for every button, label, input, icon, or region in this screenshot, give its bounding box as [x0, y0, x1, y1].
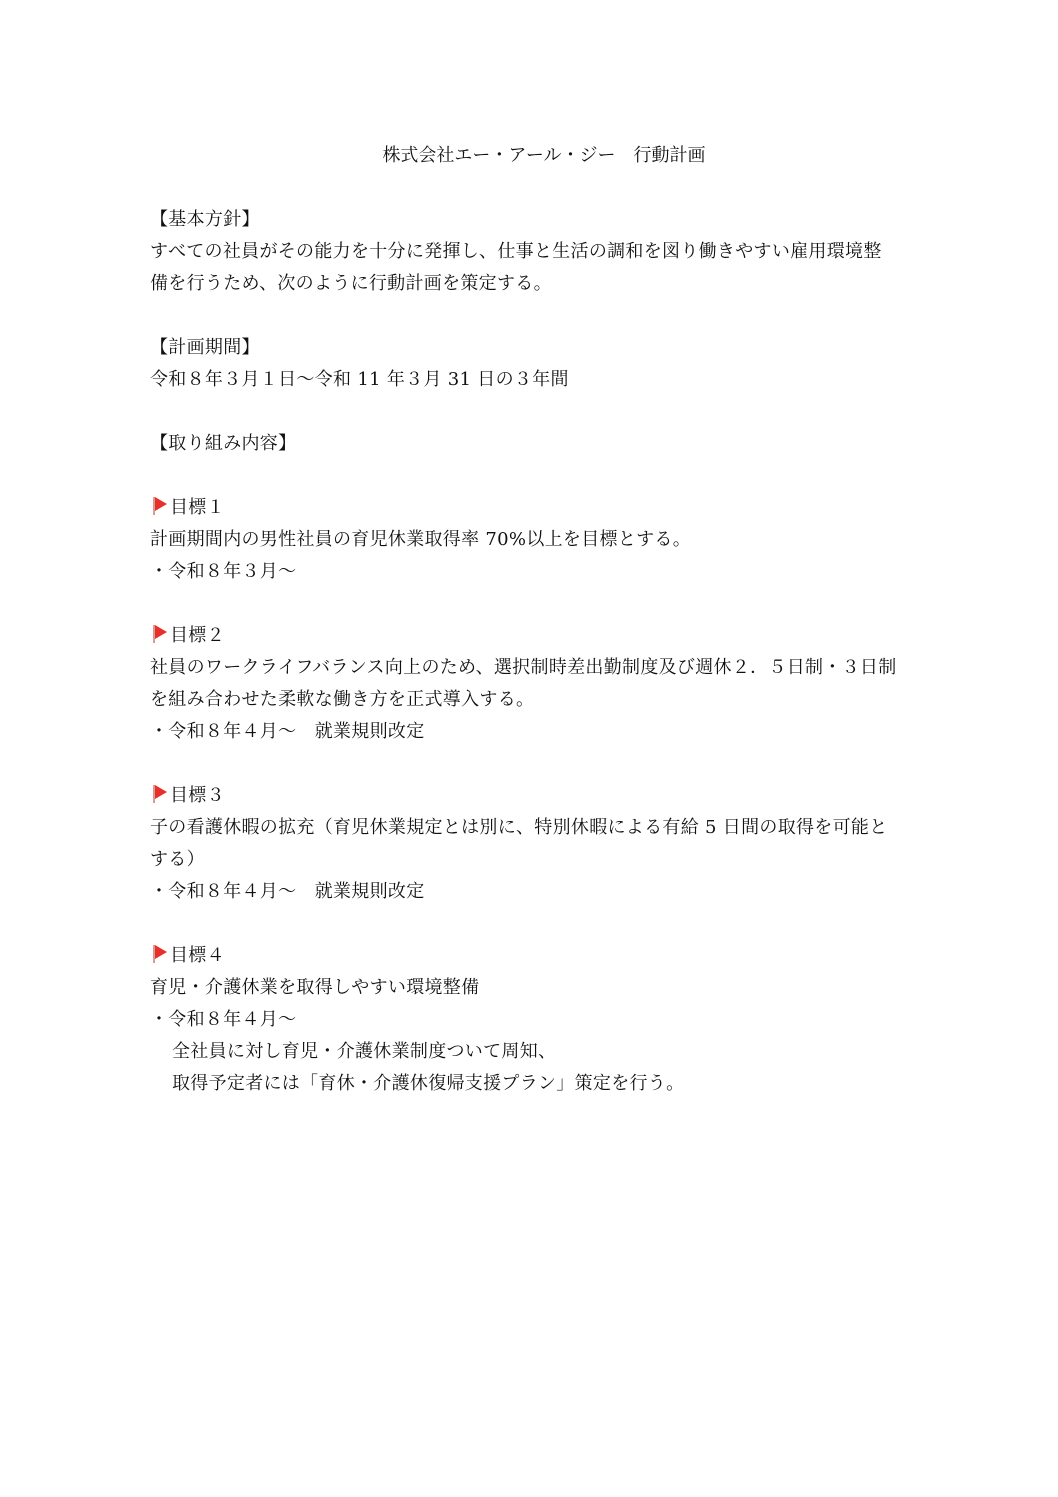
goal-4-line-4: 取得予定者には「育休・介護休復帰支援プラン」策定を行う。: [150, 1072, 684, 1096]
goal-3-line-1: 子の看護休暇の拡充（育児休業規定とは別に、特別休暇による有給 5 日間の取得を可…: [150, 816, 888, 840]
goal-2-line-2: を組み合わせた柔軟な働き方を正式導入する。: [150, 688, 534, 712]
red-flag-icon: [150, 944, 168, 964]
goal-1-header: 目標１: [150, 496, 225, 520]
basic-policy-line-1: すべての社員がその能力を十分に発揮し、仕事と生活の調和を図り働きやすい雇用環境整: [150, 240, 882, 264]
goal-4-label: 目標４: [170, 945, 225, 966]
red-flag-icon: [150, 624, 168, 644]
goal-2-line-3: ・令和８年４月〜 就業規則改定: [150, 720, 425, 744]
goal-1-line-2: ・令和８年３月〜: [150, 560, 296, 584]
goal-1-label: 目標１: [170, 497, 225, 518]
goal-2-header: 目標２: [150, 624, 225, 648]
document-title: 株式会社エー・アール・ジー 行動計画: [0, 144, 1058, 168]
goal-3-label: 目標３: [170, 785, 225, 806]
initiatives-heading: 【取り組み内容】: [150, 432, 296, 456]
goal-4-header: 目標４: [150, 944, 225, 968]
basic-policy-heading: 【基本方針】: [150, 208, 260, 232]
goal-1-line-1: 計画期間内の男性社員の育児休業取得率 70%以上を目標とする。: [150, 528, 691, 552]
document-page: 株式会社エー・アール・ジー 行動計画 【基本方針】 すべての社員がその能力を十分…: [0, 0, 1058, 1497]
red-flag-icon: [150, 784, 168, 804]
goal-4-line-1: 育児・介護休業を取得しやすい環境整備: [150, 976, 479, 1000]
goal-4-line-2: ・令和８年４月〜: [150, 1008, 296, 1032]
goal-2-line-1: 社員のワークライフバランス向上のため、選択制時差出勤制度及び週休２．５日制・３日…: [150, 656, 897, 680]
plan-period-heading: 【計画期間】: [150, 336, 260, 360]
goal-3-line-3: ・令和８年４月〜 就業規則改定: [150, 880, 425, 904]
plan-period-text: 令和８年３月１日〜令和 11 年３月 31 日の３年間: [150, 368, 569, 392]
goal-2-label: 目標２: [170, 625, 225, 646]
basic-policy-line-2: 備を行うため、次のように行動計画を策定する。: [150, 272, 552, 296]
red-flag-icon: [150, 496, 168, 516]
goal-4-line-3: 全社員に対し育児・介護休業制度ついて周知、: [150, 1040, 556, 1064]
goal-3-header: 目標３: [150, 784, 225, 808]
goal-3-line-2: する）: [150, 848, 205, 872]
